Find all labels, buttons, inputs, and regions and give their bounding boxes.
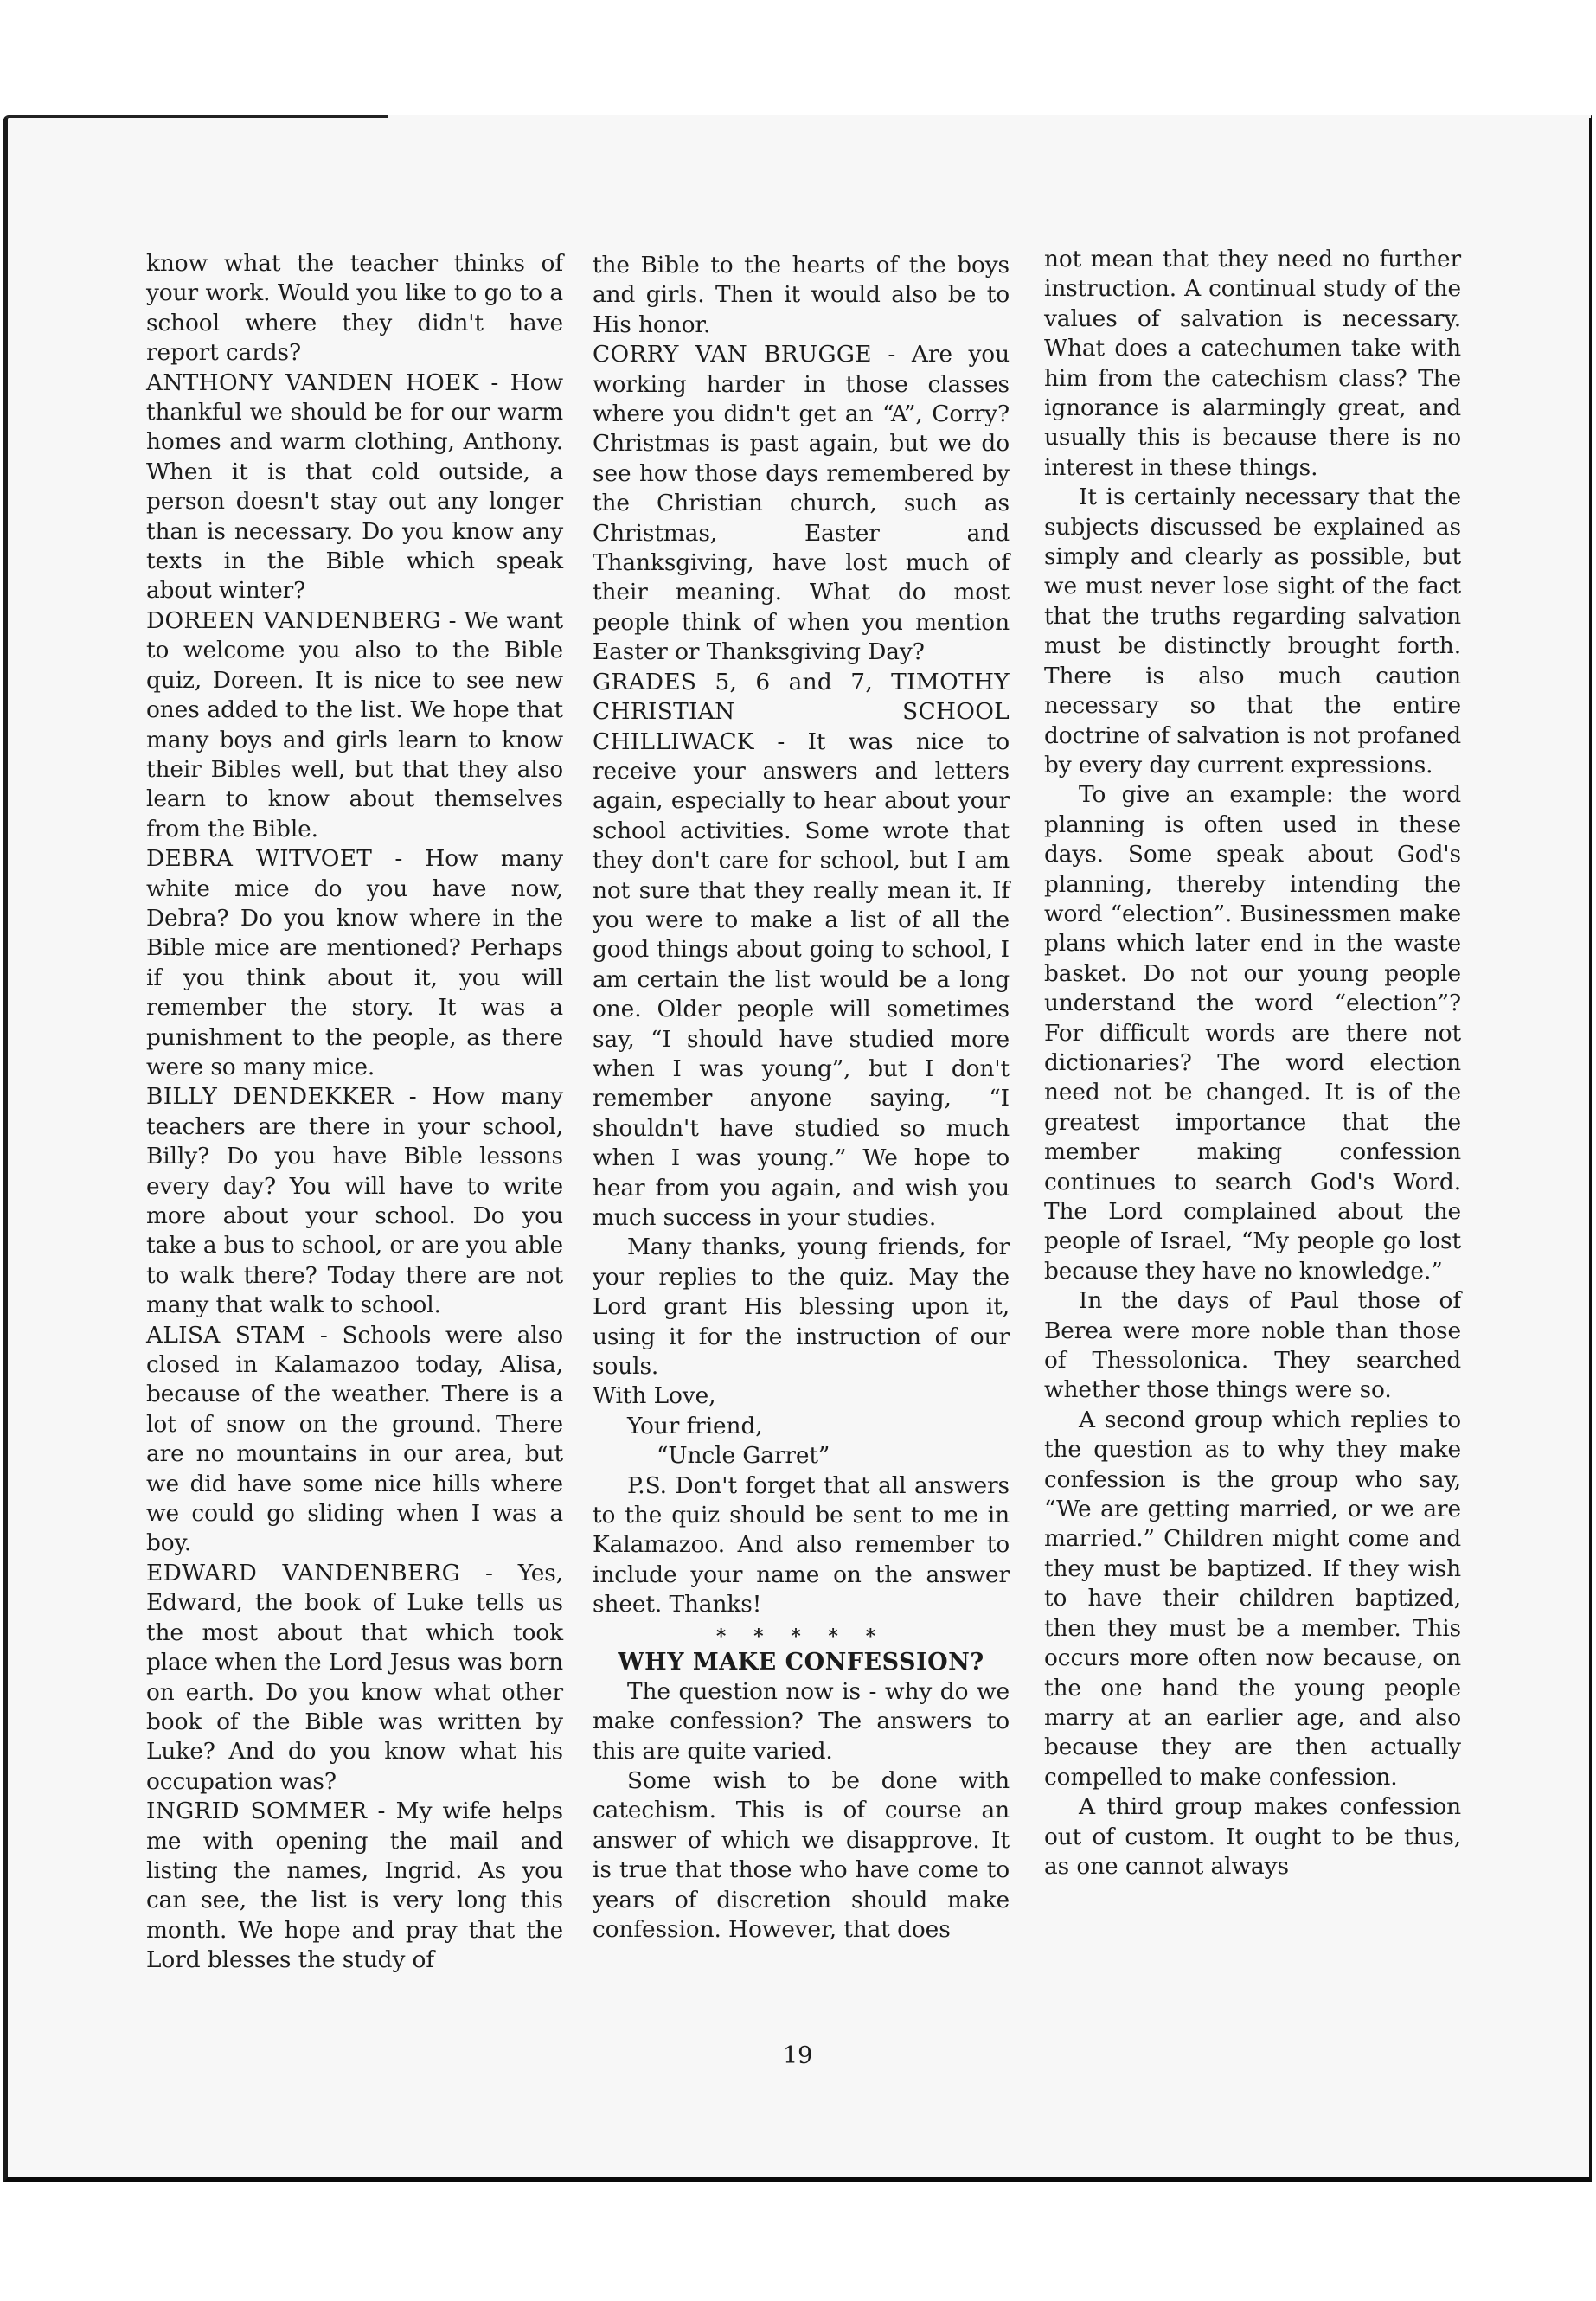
recipient-name: EDWARD VANDENBERG xyxy=(146,1560,460,1586)
right-column: not mean that they need no further instr… xyxy=(1044,245,1461,1881)
postscript: P.S. Don't forget that all answers to th… xyxy=(593,1471,1010,1620)
section-separator: * * * * * xyxy=(593,1625,1010,1648)
reply-text: How many white mice do you have now, Deb… xyxy=(146,845,563,1080)
sign-off-line: Your friend, xyxy=(593,1412,1010,1441)
recipient-name: DEBRA WITVOET xyxy=(146,845,372,872)
page-number: 19 xyxy=(783,2042,812,2069)
reply-text: Schools were also closed in Kalamazoo to… xyxy=(146,1322,563,1557)
article-title: WHY MAKE CONFESSION? xyxy=(593,1648,1010,1677)
letter-reply: ALISA STAM - Schools were also closed in… xyxy=(146,1321,563,1559)
sign-off-line: With Love, xyxy=(593,1381,1010,1411)
closing-paragraph: Many thanks, young friends, for your rep… xyxy=(593,1233,1010,1381)
article-paragraph: The question now is - why do we make con… xyxy=(593,1677,1010,1766)
recipient-name: ANTHONY VANDEN HOEK xyxy=(146,369,479,396)
article-paragraph: To give an example: the word planning is… xyxy=(1044,780,1461,1286)
letter-reply: EDWARD VANDENBERG - Yes, Edward, the boo… xyxy=(146,1559,563,1797)
letter-reply: INGRID SOMMER - My wife helps me with op… xyxy=(146,1797,563,1975)
reply-text: It was nice to receive your answers and … xyxy=(593,728,1010,1232)
letter-reply: GRADES 5, 6 and 7, TIMOTHY CHRISTIAN SCH… xyxy=(593,668,1010,1234)
reply-text: We want to welcome you also to the Bible… xyxy=(146,607,563,843)
left-column: know what the teacher thinks of your wor… xyxy=(146,249,563,1976)
article-paragraph: Some wish to be done with catechism. Thi… xyxy=(593,1766,1010,1945)
letter-reply: BILLY DENDEKKER - How many teachers are … xyxy=(146,1082,563,1320)
reply-text: Yes, Edward, the book of Luke tells us t… xyxy=(146,1560,563,1795)
article-paragraph: It is certainly necessary that the subje… xyxy=(1044,483,1461,780)
article-paragraph: not mean that they need no further instr… xyxy=(1044,245,1461,483)
letter-reply: DOREEN VANDENBERG - We want to welcome y… xyxy=(146,606,563,844)
scanned-page: know what the teacher thinks of your wor… xyxy=(3,115,1592,2182)
article-paragraph: In the days of Paul those of Berea were … xyxy=(1044,1286,1461,1406)
signature: “Uncle Garret” xyxy=(593,1441,1010,1471)
middle-column: the Bible to the hearts of the boys and … xyxy=(593,251,1010,1945)
article-paragraph: A third group makes confession out of cu… xyxy=(1044,1792,1461,1881)
paragraph: the Bible to the hearts of the boys and … xyxy=(593,251,1010,340)
article-paragraph: A second group which replies to the ques… xyxy=(1044,1406,1461,1792)
recipient-name: BILLY DENDEKKER xyxy=(146,1083,394,1110)
letter-reply: DEBRA WITVOET - How many white mice do y… xyxy=(146,844,563,1082)
reply-text: How many teachers are there in your scho… xyxy=(146,1083,563,1318)
reply-text: How thankful we should be for our warm h… xyxy=(146,369,563,605)
paragraph: know what the teacher thinks of your wor… xyxy=(146,249,563,369)
letter-reply: ANTHONY VANDEN HOEK - How thankful we sh… xyxy=(146,369,563,606)
reply-text: Are you working harder in those classes … xyxy=(593,341,1010,665)
recipient-name: ALISA STAM xyxy=(146,1322,305,1349)
page-top-edge xyxy=(388,115,1591,118)
recipient-name: INGRID SOMMER xyxy=(146,1798,367,1824)
letter-reply: CORRY VAN BRUGGE - Are you working harde… xyxy=(593,340,1010,667)
recipient-name: DOREEN VANDENBERG xyxy=(146,607,441,634)
recipient-name: CORRY VAN BRUGGE xyxy=(593,341,872,368)
